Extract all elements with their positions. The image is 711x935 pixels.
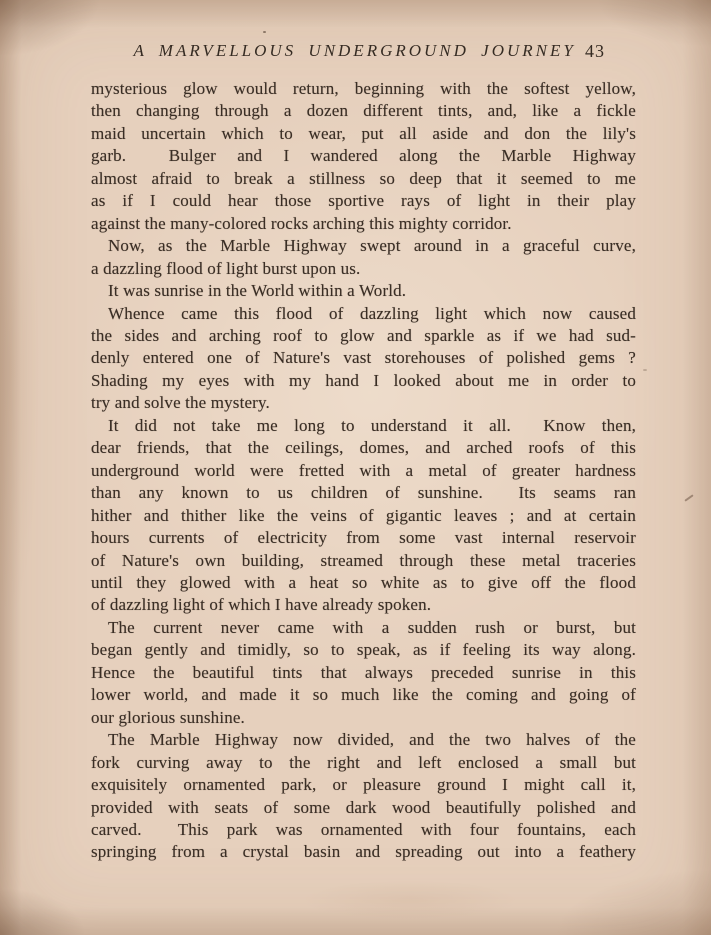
text-line: Hence the beautiful tints that always pr… (91, 662, 636, 684)
paper-stain (0, 120, 40, 620)
text-line: dear friends, that the ceilings, domes, … (91, 437, 636, 459)
text-line: against the many-colored rocks arching t… (91, 213, 636, 235)
text-line: The current never came with a sudden rus… (91, 617, 636, 639)
text-line: maid uncertain which to wear, put all as… (91, 123, 636, 145)
running-header: A MARVELLOUS UNDERGROUND JOURNEY 43 (91, 40, 636, 64)
text-column: mysterious glow would return, beginning … (91, 78, 636, 864)
paper-speck (643, 369, 647, 371)
text-line: carved. This park was ornamented with fo… (91, 819, 636, 841)
text-line: Whence came this flood of dazzling light… (91, 303, 636, 325)
text-line: provided with seats of some dark wood be… (91, 797, 636, 819)
text-line: exquisitely ornamented park, or pleasure… (91, 774, 636, 796)
text-line: try and solve the mystery. (91, 392, 636, 414)
text-line: than any known to us children of sunshin… (91, 482, 636, 504)
book-page: A MARVELLOUS UNDERGROUND JOURNEY 43 myst… (0, 0, 711, 935)
text-line: It did not take me long to understand it… (91, 415, 636, 437)
text-line: springing from a crystal basin and sprea… (91, 841, 636, 863)
paper-speck (263, 31, 266, 33)
text-line: hither and thither like the veins of gig… (91, 505, 636, 527)
text-line: The Marble Highway now divided, and the … (91, 729, 636, 751)
running-header-title: A MARVELLOUS UNDERGROUND JOURNEY (133, 40, 575, 62)
text-line: underground world were fretted with a me… (91, 460, 636, 482)
pencil-mark (684, 494, 693, 501)
text-line: mysterious glow would return, beginning … (91, 78, 636, 100)
text-line: as if I could hear those sportive rays o… (91, 190, 636, 212)
paper-stain (300, 880, 520, 920)
text-line: garb. Bulger and I wandered along the Ma… (91, 145, 636, 167)
text-line: Shading my eyes with my hand I looked ab… (91, 370, 636, 392)
text-line: of dazzling light of which I have alread… (91, 594, 636, 616)
text-line: Now, as the Marble Highway swept around … (91, 235, 636, 257)
text-line: our glorious sunshine. (91, 707, 636, 729)
text-line: lower world, and made it so much like th… (91, 684, 636, 706)
text-line: the sides and arching roof to glow and s… (91, 325, 636, 347)
text-line: fork curving away to the right and left … (91, 752, 636, 774)
text-line: of Nature's own building, streamed throu… (91, 550, 636, 572)
text-line: then changing through a dozen different … (91, 100, 636, 122)
text-line: began gently and timidly, so to speak, a… (91, 639, 636, 661)
text-line: denly entered one of Nature's vast store… (91, 347, 636, 369)
text-line: hours currents of electricity from some … (91, 527, 636, 549)
text-line: until they glowed with a heat so white a… (91, 572, 636, 594)
text-line: It was sunrise in the World within a Wor… (91, 280, 636, 302)
text-line: a dazzling flood of light burst upon us. (91, 258, 636, 280)
page-number: 43 (585, 40, 605, 62)
text-line: almost afraid to break a stillness so de… (91, 168, 636, 190)
